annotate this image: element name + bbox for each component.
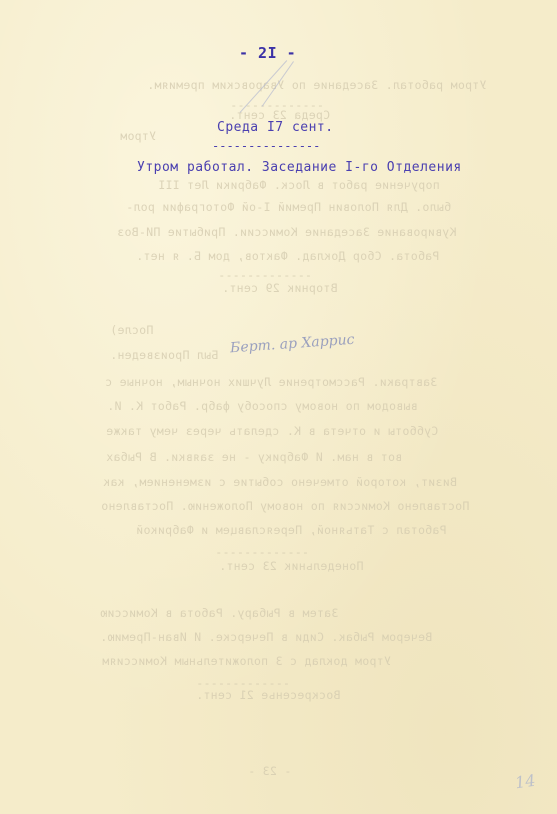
bleed-through-line: После) <box>110 323 153 337</box>
document-page: Утром работал. Заседание по Уваровским п… <box>0 0 557 814</box>
bleed-through-line: Работал с Татьяной, Переяславцем и Фабри… <box>136 523 447 537</box>
bleed-through-line: вот в нам. И Фабрику - не заявки. В Рыба… <box>106 450 402 464</box>
bleed-through-line: Работа. Сбор Доклад. Фактов, дом Б. я не… <box>136 249 439 263</box>
bleed-through-line: Был Произведен. <box>110 348 218 362</box>
bleed-through-line: Утром работал. Заседание по Уваровским п… <box>147 78 487 92</box>
bleed-through-line: поручение работ в Лоск. Фабрики Лет III <box>158 178 440 192</box>
bleed-through-line: Воскресенье 21 сент. <box>196 688 340 702</box>
bleed-through-line: Субботы и отчета в К. сделать через чему… <box>106 424 438 438</box>
diary-entry-line: Утром работал. Заседание I-го Отделения <box>137 160 462 175</box>
page-number: - 2I - <box>239 44 296 62</box>
bleed-through-line: было. Для Половин Премий I-ой Фотографии… <box>126 200 451 214</box>
bleed-through-line: Завтраки. Рассмотрение Лучших ночным, но… <box>105 375 437 389</box>
bleed-through-rule: ------------- <box>215 545 309 559</box>
bleed-through-line: Утром <box>120 129 156 143</box>
bleed-through-rule: ------------- <box>218 268 312 282</box>
bleed-through-line: - 23 - <box>248 764 291 778</box>
bleed-through-line: Визит, которой отмечено событие с измене… <box>103 475 457 489</box>
bleed-through-line: Утром доклад с 3 положительным Комиссиям <box>102 654 391 668</box>
date-heading: Среда I7 сент. <box>217 120 334 135</box>
bleed-through-line: Вторник 29 сент. <box>222 281 338 295</box>
bleed-through-line: Вечером Рыбак. Сиди в Печерске. И Иван-П… <box>100 630 432 644</box>
handwritten-note: Берт. ар Харрис <box>230 332 355 357</box>
bleed-through-line: Затем в Рыбару. Работа в Комиссию <box>100 606 338 620</box>
bleed-through-line: Кувирование Заседание Комиссии. Прибытие… <box>117 225 457 239</box>
bleed-through-line: выводом по новому способу фабр. Работ К.… <box>107 399 418 413</box>
bleed-through-line: Поставлено Комиссия по новому Положению.… <box>101 499 469 513</box>
heading-underline: --------------- <box>212 139 320 153</box>
corner-pencil-mark: 14 <box>514 771 537 793</box>
bleed-through-line: Понедельник 23 сент. <box>219 559 363 573</box>
